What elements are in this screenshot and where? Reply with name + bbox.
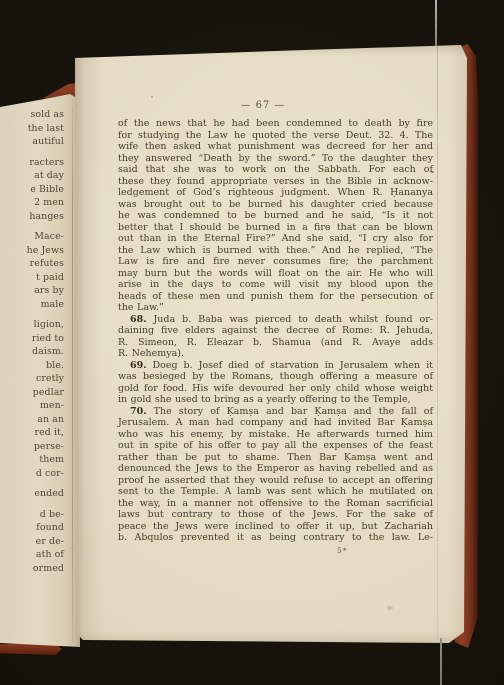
left-page-text-fragment: an an xyxy=(0,413,64,427)
text-line: was brought out to be burned his daughte… xyxy=(118,199,433,211)
left-page-text-fragment: 2 men xyxy=(0,196,64,210)
text-line: the way, in a manner not offensive to th… xyxy=(118,498,433,510)
text-line: b. Abqulos prevented it as being contrar… xyxy=(118,532,433,544)
left-page-text-fragment xyxy=(0,223,64,230)
text-line: rather than be put to shame. Then Bar Ḳa… xyxy=(118,452,433,464)
book-string-bottom xyxy=(440,638,442,685)
left-page-text-fragment: ormed xyxy=(0,562,64,576)
signature-mark: 5* xyxy=(337,546,348,555)
text-line: may burn but the words will float on the… xyxy=(118,268,433,280)
text-line: R. Simeon, R. Eleazar b. Shamua (and R. … xyxy=(118,337,433,349)
left-page-text-fragment: male xyxy=(0,298,64,312)
left-page-text-fragment xyxy=(0,311,64,318)
text-line: wife then asked what punishment was decr… xyxy=(118,141,433,153)
text-line: Jerusalem. A man had company and had inv… xyxy=(118,417,433,429)
text-line: better that I should be burned in a fire… xyxy=(118,222,433,234)
text-line: R. Nehemya). xyxy=(118,348,433,360)
left-page-text-fragment: ble. xyxy=(0,359,64,373)
text-line: heads of these men und punish them for t… xyxy=(118,291,433,303)
text-line: said that she was to work on the Sabbath… xyxy=(118,164,433,176)
text-line: laws but contrary to those of the Jews. … xyxy=(118,509,433,521)
page-number-header: — 67 — xyxy=(105,100,421,111)
right-page: — 67 — of the news that he had been cond… xyxy=(75,44,467,645)
left-page-text-fragment: he Jews xyxy=(0,244,64,258)
text-line: they answered “Death by the sword.” To t… xyxy=(118,153,433,165)
photo-background: sold as the last autiful racters at day … xyxy=(0,0,504,685)
text-line: sent to the Temple. A lamb was sent whic… xyxy=(118,486,433,498)
left-page-text-fragment: e Bible xyxy=(0,183,64,197)
left-page-text-fragment: t paid xyxy=(0,271,64,285)
text-line: ledgement of God’s righteous judgment. W… xyxy=(118,187,433,199)
left-page-text-fragment: pedlar xyxy=(0,386,64,400)
text-line: the Law.” xyxy=(118,302,433,314)
page-text-block: of the news that he had been condemned t… xyxy=(118,118,433,544)
left-page-text-fragment: ended xyxy=(0,487,64,501)
page-speck xyxy=(387,606,393,610)
text-line: out in spite of his offer to pay all the… xyxy=(118,440,433,452)
text-line: 69. Doeg b. Josef died of starvation in … xyxy=(118,360,433,372)
text-line: arise in the days to come will visit my … xyxy=(118,279,433,291)
text-line: in gold she used to bring as a yearly of… xyxy=(118,394,433,406)
left-page-text-fragment: d be- xyxy=(0,508,64,522)
text-line: 68. Juda b. Baba was pierced to death wh… xyxy=(118,314,433,326)
left-page-text-fragment: men- xyxy=(0,399,64,413)
text-line: out than in the Eternal Fire?” And she s… xyxy=(118,233,433,245)
left-page-text-fragment: ars by xyxy=(0,284,64,298)
text-line: these they found appropriate verses in t… xyxy=(118,176,433,188)
left-page-text-fragment: ligion, xyxy=(0,318,64,332)
left-page-text-fragment: cretly xyxy=(0,372,64,386)
text-line: for studying the Law he quoted the verse… xyxy=(118,130,433,142)
text-line: peace the Jews were inclined to offer it… xyxy=(118,521,433,533)
text-line: the Law which is burned with thee.” And … xyxy=(118,245,433,257)
left-page-text-fragment: hanges xyxy=(0,210,64,224)
text-line-content: Juda b. Baba was pierced to death whilst… xyxy=(147,314,433,325)
text-line: was besieged by the Romans, though offer… xyxy=(118,371,433,383)
left-page-text-fragment: d cor- xyxy=(0,467,64,481)
left-page-text-fragment xyxy=(0,501,64,508)
text-line: who was his enemy, by mistake. He afterw… xyxy=(118,429,433,441)
left-page-text-fragment: ath of xyxy=(0,548,64,562)
left-page-text-fragment: perse- xyxy=(0,440,64,454)
left-page-edge: sold as the last autiful racters at day … xyxy=(0,94,80,650)
paragraph-number: 68. xyxy=(130,314,147,325)
paragraph-number: 70. xyxy=(130,406,147,417)
left-page-text-fragment xyxy=(0,480,64,487)
text-line-content: The story of Ḳamṣa and bar Ḳamṣa and the… xyxy=(147,406,433,417)
left-page-text-fragment: daism. xyxy=(0,345,64,359)
left-page-text-fragment xyxy=(0,149,64,156)
left-page-text-fragment: ried to xyxy=(0,332,64,346)
book-string-middle xyxy=(437,46,438,638)
paragraph-number: 69. xyxy=(130,360,147,371)
page-speck xyxy=(151,96,153,98)
left-page-text-fragment: at day xyxy=(0,169,64,183)
left-page-text-fragment: red it, xyxy=(0,426,64,440)
left-page-text-fragment: sold as xyxy=(0,108,64,122)
left-page-text-fragment: Mace- xyxy=(0,230,64,244)
left-page-text-fragment: the last xyxy=(0,122,64,136)
text-line: denounced the Jews to the Emperor as hav… xyxy=(118,463,433,475)
left-page-fragments: sold as the last autiful racters at day … xyxy=(0,108,64,575)
text-line: Law is fire and fire never consumes fire… xyxy=(118,256,433,268)
left-page-text-fragment: found xyxy=(0,521,64,535)
text-line: proof he asserted that they would refuse… xyxy=(118,475,433,487)
text-line: he was condemned to be burned and he sai… xyxy=(118,210,433,222)
text-line: daining five elders against the decree o… xyxy=(118,325,433,337)
text-line: of the news that he had been condemned t… xyxy=(118,118,433,130)
left-page-text-fragment: er de- xyxy=(0,535,64,549)
text-line-content: Doeg b. Josef died of starvation in Jeru… xyxy=(147,360,433,371)
left-page-text-fragment: racters xyxy=(0,156,64,170)
left-page-text-fragment: refutes xyxy=(0,257,64,271)
left-page-text-fragment: them xyxy=(0,453,64,467)
text-line: 70. The story of Ḳamṣa and bar Ḳamṣa and… xyxy=(118,406,433,418)
book-string-top xyxy=(435,0,437,46)
left-page-text-fragment: autiful xyxy=(0,135,64,149)
text-line: gold for food. His wife devoured her onl… xyxy=(118,383,433,395)
